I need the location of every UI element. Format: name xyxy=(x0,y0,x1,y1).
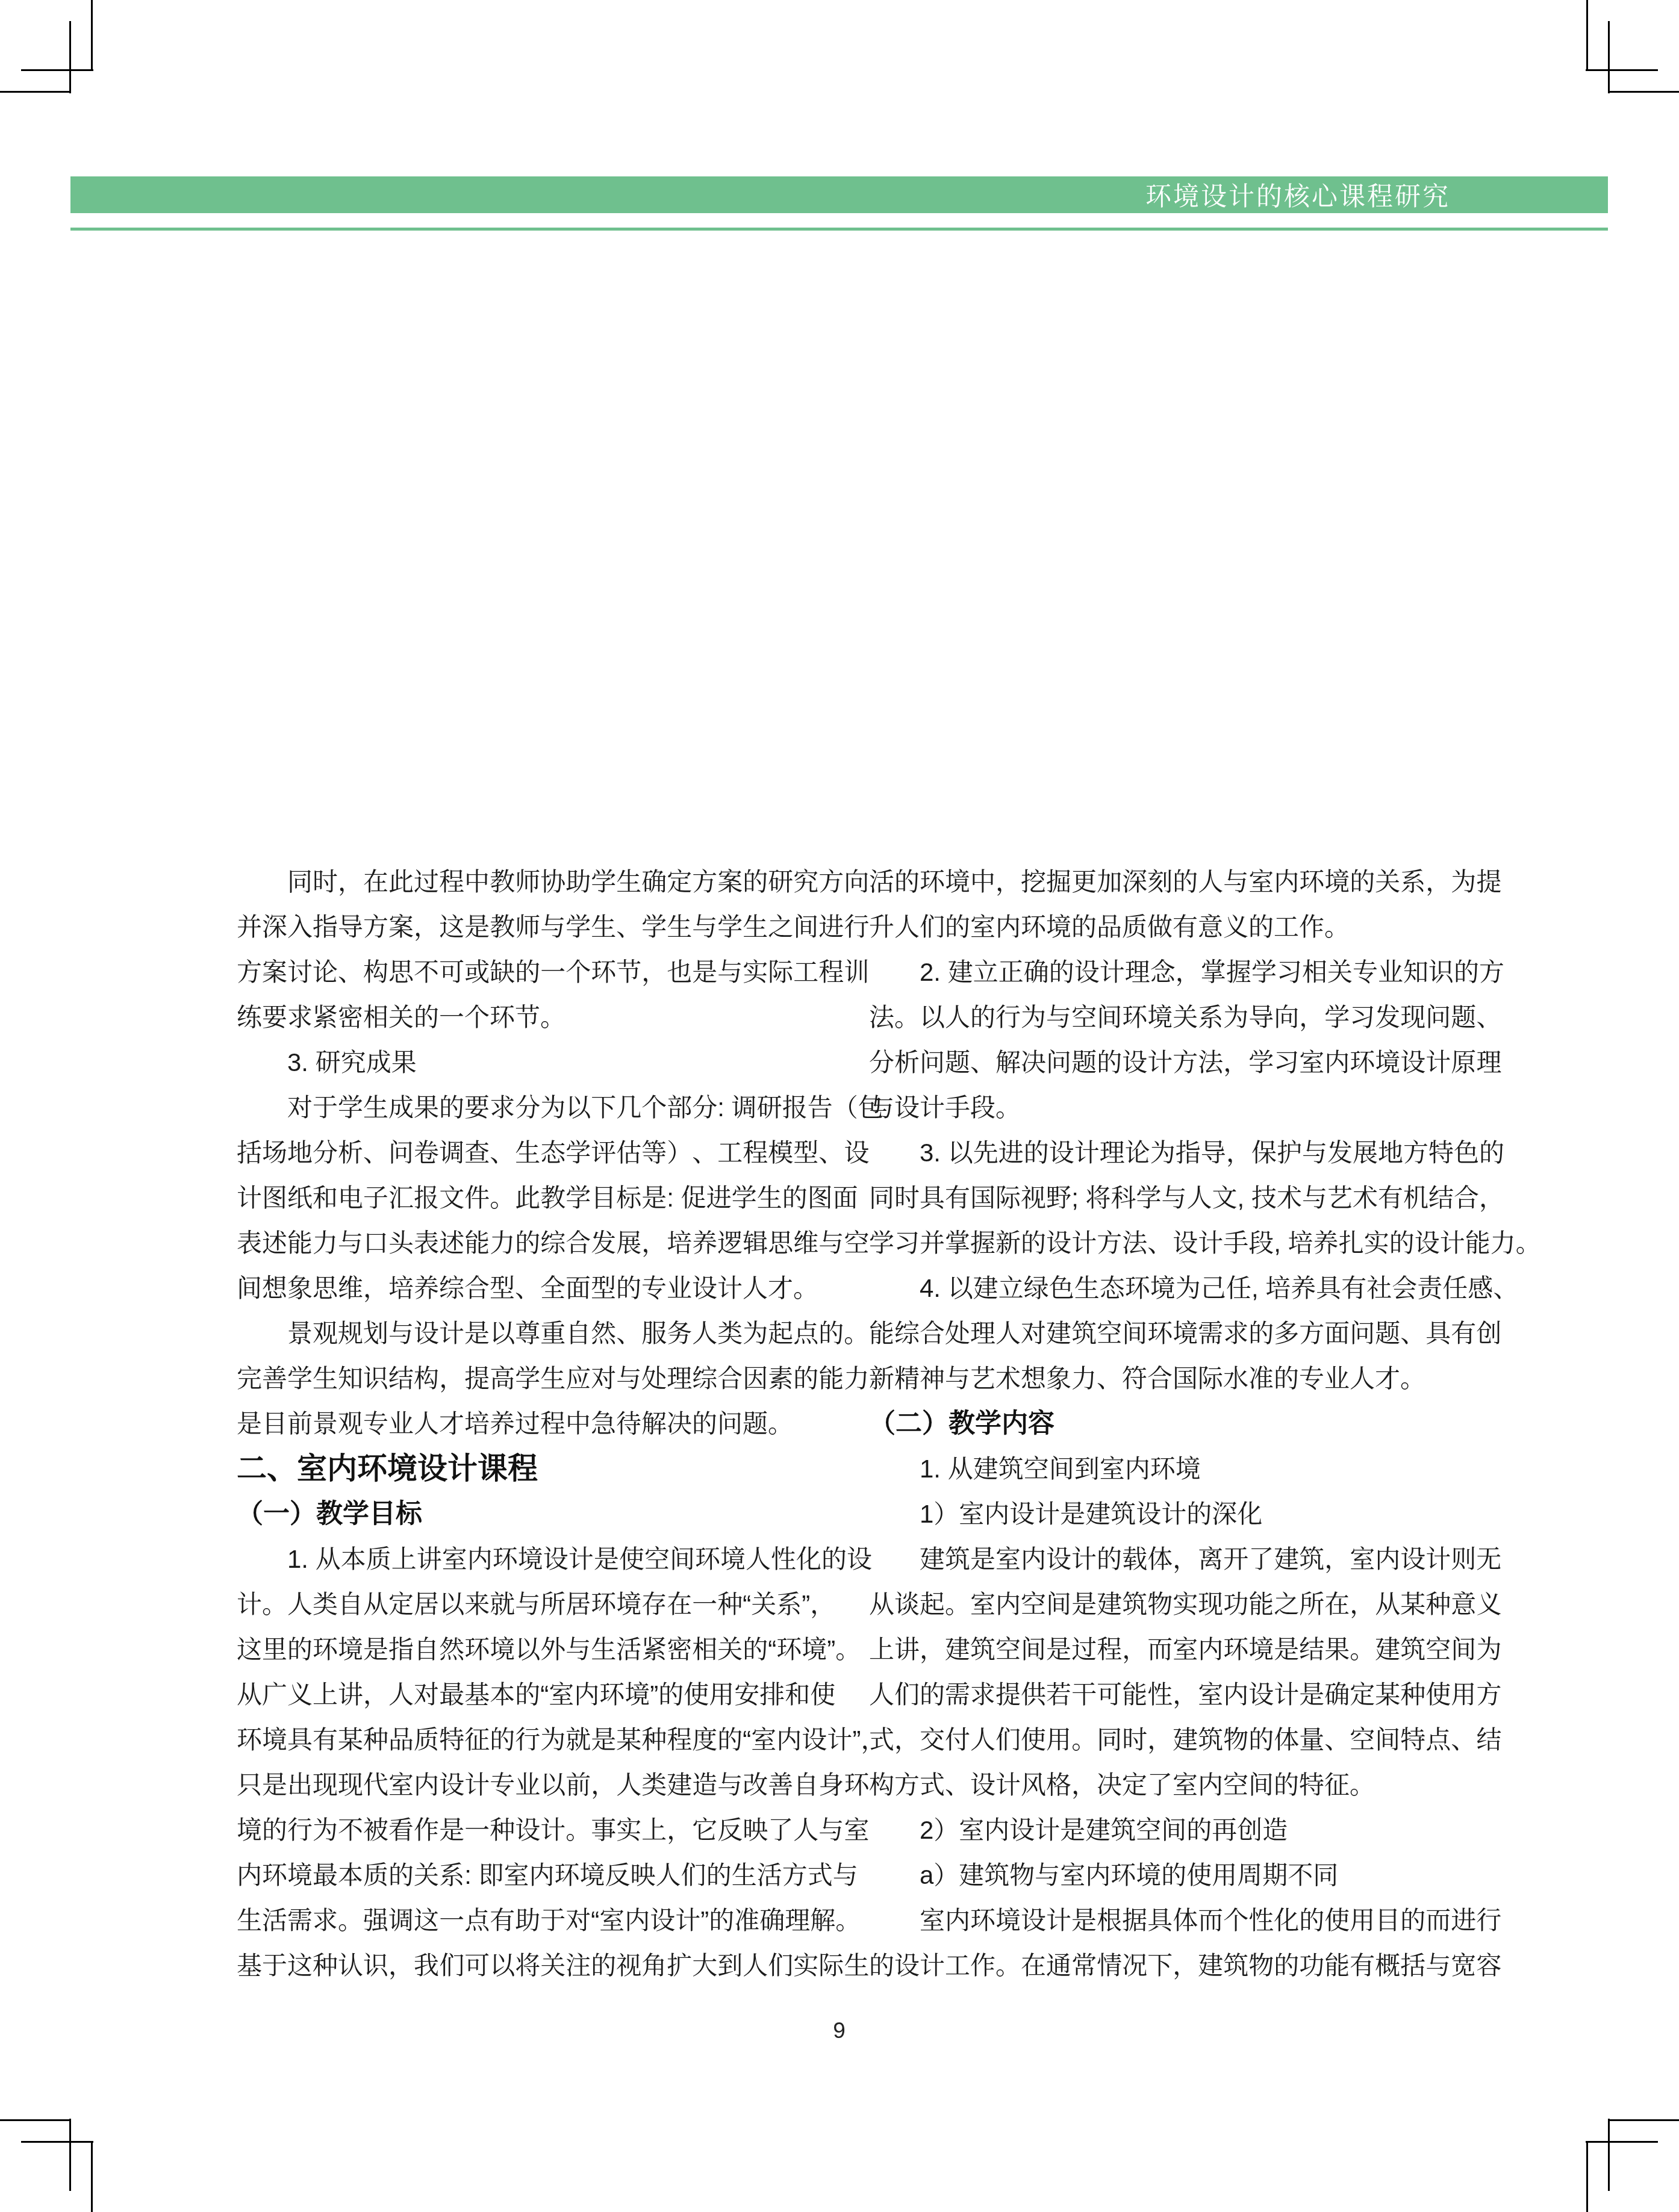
sub-heading: （一）教学目标 xyxy=(237,1491,819,1536)
text-line: 2. 建立正确的设计理念，掌握学习相关专业知识的方 xyxy=(869,949,1451,995)
text-column-left: 同时，在此过程中教师协助学生确定方案的研究方向并深入指导方案，这是教师与学生、学… xyxy=(237,859,819,1988)
text-line: 3. 以先进的设计理论为指导，保护与发展地方特色的 xyxy=(869,1130,1451,1175)
text-line: 对于学生成果的要求分为以下几个部分: 调研报告（包 xyxy=(237,1085,819,1130)
text-line: 上讲，建筑空间是过程，而室内环境是结果。建筑空间为 xyxy=(869,1627,1451,1672)
text-line: 是目前景观专业人才培养过程中急待解决的问题。 xyxy=(237,1401,819,1446)
text-line: 建筑是室内设计的载体，离开了建筑，室内设计则无 xyxy=(869,1536,1451,1582)
running-head-title: 环境设计的核心课程研究 xyxy=(1145,176,1450,213)
header-bar: 环境设计的核心课程研究 xyxy=(70,176,1608,213)
sub-heading: （二）教学内容 xyxy=(869,1401,1451,1446)
text-line: 室内环境设计是根据具体而个性化的使用目的而进行 xyxy=(869,1898,1451,1943)
text-line: 活的环境中，挖掘更加深刻的人与室内环境的关系，为提 xyxy=(869,859,1451,904)
text-column-right: 活的环境中，挖掘更加深刻的人与室内环境的关系，为提升人们的室内环境的品质做有意义… xyxy=(869,859,1451,1988)
text-line: 分析问题、解决问题的设计方法，学习室内环境设计原理 xyxy=(869,1040,1451,1085)
text-line: 计。人类自从定居以来就与所居环境存在一种“关系”， xyxy=(237,1582,819,1627)
section-heading: 二、室内环境设计课程 xyxy=(237,1446,819,1491)
header-rule xyxy=(70,228,1608,231)
text-line: 生活需求。强调这一点有助于对“室内设计”的准确理解。 xyxy=(237,1898,819,1943)
text-line: 这里的环境是指自然环境以外与生活紧密相关的“环境”。 xyxy=(237,1627,819,1672)
text-line: 1. 从本质上讲室内环境设计是使空间环境人性化的设 xyxy=(237,1536,819,1582)
text-line: 并深入指导方案，这是教师与学生、学生与学生之间进行 xyxy=(237,904,819,949)
text-line: 新精神与艺术想象力、符合国际水准的专业人才。 xyxy=(869,1356,1451,1401)
text-line: 的设计工作。在通常情况下，建筑物的功能有概括与宽容 xyxy=(869,1943,1451,1988)
page-number: 9 xyxy=(70,2016,1608,2061)
text-line: 境的行为不被看作是一种设计。事实上，它反映了人与室 xyxy=(237,1807,819,1853)
text-line: 2）室内设计是建筑空间的再创造 xyxy=(869,1807,1451,1853)
text-line: 间想象思维，培养综合型、全面型的专业设计人才。 xyxy=(237,1266,819,1311)
text-line: 括场地分析、问卷调查、生态学评估等）、工程模型、设 xyxy=(237,1130,819,1175)
text-line: 景观规划与设计是以尊重自然、服务人类为起点的。 xyxy=(237,1311,819,1356)
text-line: 3. 研究成果 xyxy=(237,1040,819,1085)
text-line: 环境具有某种品质特征的行为就是某种程度的“室内设计”， xyxy=(237,1717,819,1762)
text-line: 能综合处理人对建筑空间环境需求的多方面问题、具有创 xyxy=(869,1311,1451,1356)
text-line: 构方式、设计风格，决定了室内空间的特征。 xyxy=(869,1762,1451,1807)
text-line: 法。以人的行为与空间环境关系为导向，学习发现问题、 xyxy=(869,995,1451,1040)
text-line: 练要求紧密相关的一个环节。 xyxy=(237,995,819,1040)
text-line: 方案讨论、构思不可或缺的一个环节，也是与实际工程训 xyxy=(237,949,819,995)
text-line: 升人们的室内环境的品质做有意义的工作。 xyxy=(869,904,1451,949)
text-line: 同时，在此过程中教师协助学生确定方案的研究方向 xyxy=(237,859,819,904)
text-line: 与设计手段。 xyxy=(869,1085,1451,1130)
text-line: 计图纸和电子汇报文件。此教学目标是: 促进学生的图面 xyxy=(237,1175,819,1220)
text-line: 完善学生知识结构，提高学生应对与处理综合因素的能力 xyxy=(237,1356,819,1401)
text-line: 1）室内设计是建筑设计的深化 xyxy=(869,1491,1451,1536)
text-line: 式，交付人们使用。同时，建筑物的体量、空间特点、结 xyxy=(869,1717,1451,1762)
text-line: 表述能力与口头表述能力的综合发展，培养逻辑思维与空 xyxy=(237,1220,819,1266)
text-line: 从广义上讲，人对最基本的“室内环境”的使用安排和使 xyxy=(237,1672,819,1717)
text-line: 只是出现现代室内设计专业以前，人类建造与改善自身环 xyxy=(237,1762,819,1807)
text-line: 同时具有国际视野; 将科学与人文, 技术与艺术有机结合， xyxy=(869,1175,1451,1220)
text-line: 人们的需求提供若干可能性，室内设计是确定某种使用方 xyxy=(869,1672,1451,1717)
text-line: 内环境最本质的关系: 即室内环境反映人们的生活方式与 xyxy=(237,1853,819,1898)
text-line: 1. 从建筑空间到室内环境 xyxy=(869,1446,1451,1491)
text-line: 4. 以建立绿色生态环境为己任, 培养具有社会责任感、 xyxy=(869,1266,1451,1311)
book-page: 环境设计的核心课程研究 同时，在此过程中教师协助学生确定方案的研究方向并深入指导… xyxy=(0,0,1679,2212)
text-line: 基于这种认识，我们可以将关注的视角扩大到人们实际生 xyxy=(237,1943,819,1988)
text-line: 从谈起。室内空间是建筑物实现功能之所在，从某种意义 xyxy=(869,1582,1451,1627)
text-line: a）建筑物与室内环境的使用周期不同 xyxy=(869,1853,1451,1898)
text-line: 学习并掌握新的设计方法、设计手段, 培养扎实的设计能力。 xyxy=(869,1220,1451,1266)
